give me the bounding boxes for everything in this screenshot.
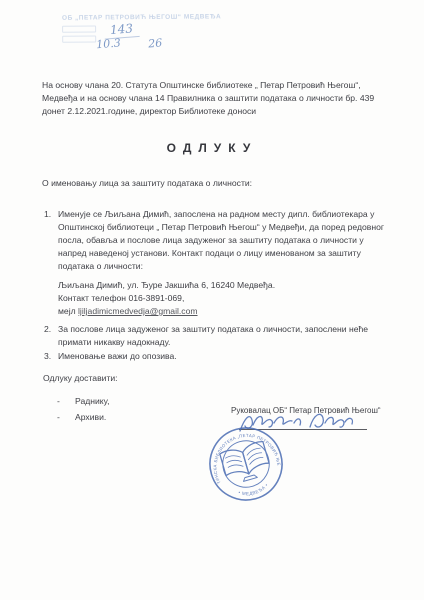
stamp-field-bar bbox=[62, 35, 96, 42]
svg-text:• МЕДВЕЂА •: • МЕДВЕЂА • bbox=[237, 482, 271, 500]
contact-phone: Контакт телефон 016-3891-069, bbox=[58, 292, 388, 305]
dash: - bbox=[43, 410, 75, 424]
contact-address: Љиљана Димић, ул. Ђуре Јакшића 6, 16240 … bbox=[58, 279, 388, 292]
dash: - bbox=[43, 394, 75, 408]
list-item-2: 2. За послове лица задуженог за заштиту … bbox=[44, 323, 388, 349]
distribution-block: Одлуку доставити: - Раднику, - Архиви. bbox=[43, 372, 263, 426]
subject-line: О именовању лица за заштиту података о л… bbox=[42, 177, 390, 190]
received-stamp-header: ОБ „ПЕТАР ПЕТРОВИЋ ЊЕГОШ“ МЕДВЕЂА bbox=[62, 13, 232, 21]
list-item-3: 3. Именовање важи до опозива. bbox=[44, 350, 388, 363]
item-text: Именује се Љиљана Димић, запослена на ра… bbox=[58, 208, 388, 273]
intro-paragraph: На основу члана 20. Статута Општинске би… bbox=[42, 79, 390, 118]
item-text: За послове лица задуженог за заштиту под… bbox=[58, 323, 388, 349]
distribution-item: - Раднику, bbox=[43, 394, 263, 408]
stamp-field-bar bbox=[62, 25, 96, 32]
item-number: 2. bbox=[44, 323, 58, 349]
contact-email-row: мејл ljiljadimicmedvedja@gmail.com bbox=[58, 305, 388, 318]
handwritten-year: 26 bbox=[148, 36, 163, 50]
received-stamp-fields bbox=[62, 25, 96, 47]
email-link[interactable]: ljiljadimicmedvedja@gmail.com bbox=[78, 306, 198, 316]
decision-list: 1. Именује се Љиљана Димић, запослена на… bbox=[44, 208, 388, 364]
handwritten-date: 10.3 bbox=[96, 36, 121, 51]
distribution-label: Одлуку доставити: bbox=[43, 372, 263, 385]
contact-block: Љиљана Димић, ул. Ђуре Јакшића 6, 16240 … bbox=[58, 279, 388, 318]
decision-title: ОДЛУКУ bbox=[0, 141, 424, 155]
email-label: мејл bbox=[58, 306, 78, 316]
distribution-item: - Архиви. bbox=[43, 410, 263, 424]
scanned-decision-document: ОБ „ПЕТАР ПЕТРОВИЋ ЊЕГОШ“ МЕДВЕЂА 143 10… bbox=[0, 0, 424, 600]
item-number: 3. bbox=[44, 350, 58, 363]
item-number: 1. bbox=[44, 208, 58, 273]
distribution-item-text: Архиви. bbox=[75, 410, 106, 424]
distribution-item-text: Раднику, bbox=[75, 394, 109, 408]
stamp-bottom-text: • МЕДВЕЂА • bbox=[237, 482, 271, 500]
item-text: Именовање важи до опозива. bbox=[58, 350, 388, 363]
list-item-1: 1. Именује се Љиљана Димић, запослена на… bbox=[44, 208, 388, 273]
received-stamp: ОБ „ПЕТАР ПЕТРОВИЋ ЊЕГОШ“ МЕДВЕЂА 143 10… bbox=[62, 13, 232, 21]
